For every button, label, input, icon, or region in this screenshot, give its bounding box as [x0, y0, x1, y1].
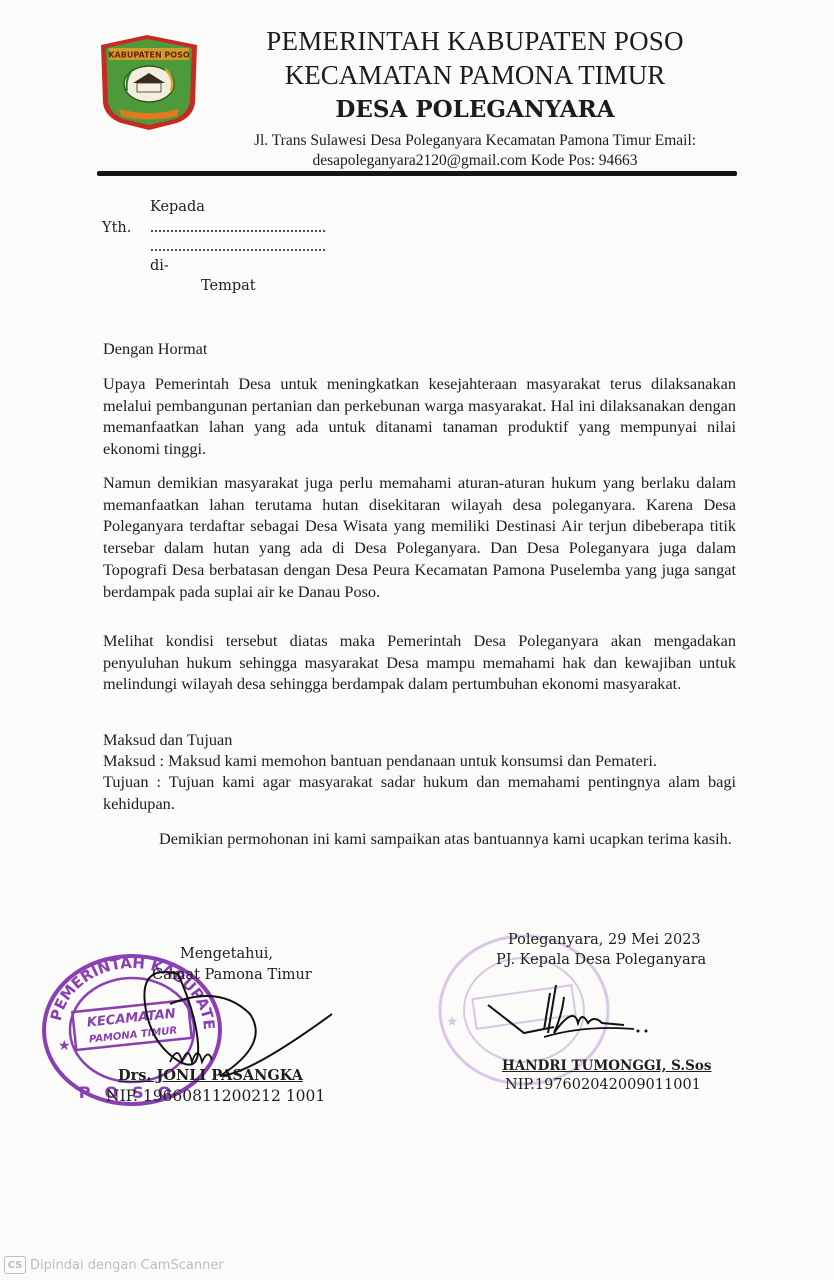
purpose-tujuan: Tujuan : Tujuan kami agar masyarakat sad… — [103, 771, 736, 814]
kabupaten-poso-emblem-icon: KABUPATEN POSO — [97, 33, 201, 131]
letterhead-divider — [97, 171, 737, 176]
letterhead-address-line2: desapoleganyara2120@gmail.com Kode Pos: … — [220, 151, 730, 171]
letterhead-address-line1: Jl. Trans Sulawesi Desa Poleganyara Keca… — [220, 131, 730, 151]
camscanner-text: Dipindai dengan CamScanner — [30, 1258, 224, 1273]
salutation: Dengan Hormat — [103, 338, 207, 360]
closing-paragraph: Demikian permohonan ini kami sampaikan a… — [103, 828, 736, 850]
addressee-blank-line-2 — [150, 249, 325, 251]
place-date: Poleganyara, 29 Mei 2023 — [508, 932, 701, 948]
right-signature-title: PJ. Kepala Desa Poleganyara — [496, 952, 706, 968]
addressee-kepada: Kepada — [150, 199, 205, 215]
addressee-di: di- — [150, 258, 169, 274]
camscanner-watermark: CS Dipindai dengan CamScanner — [4, 1256, 224, 1274]
paragraph-1: Upaya Pemerintah Desa untuk meningkatkan… — [103, 373, 736, 460]
left-signatory-nip: NIP. 19660811200212 1001 — [106, 1087, 325, 1105]
letterhead-village: DESA POLEGANYARA — [220, 93, 730, 127]
letterhead-government: PEMERINTAH KABUPATEN POSO — [220, 24, 730, 58]
svg-text:★: ★ — [446, 1014, 459, 1030]
purpose-maksud: Maksud : Maksud kami memohon bantuan pen… — [103, 750, 736, 772]
addressee-blank-line-1 — [150, 230, 325, 232]
paragraph-3: Melihat kondisi tersebut diatas maka Pem… — [103, 630, 736, 695]
right-signatory-name: HANDRI TUMONGGI, S.Sos — [502, 1058, 711, 1074]
svg-text:KABUPATEN POSO: KABUPATEN POSO — [108, 51, 190, 60]
letterhead-district: KECAMATAN PAMONA TIMUR — [220, 58, 730, 92]
letterhead: PEMERINTAH KABUPATEN POSO KECAMATAN PAMO… — [220, 24, 730, 171]
purpose-heading: Maksud dan Tujuan — [103, 729, 232, 751]
svg-text:★: ★ — [58, 1038, 71, 1054]
camscanner-logo-icon: CS — [4, 1256, 26, 1274]
left-signature-title: Camat Pamona Timur — [152, 967, 312, 983]
right-signatory-nip: NIP.197602042009011001 — [505, 1077, 701, 1093]
paragraph-2: Namun demikian masyarakat juga perlu mem… — [103, 472, 736, 602]
left-signature-label: Mengetahui, — [180, 946, 273, 962]
addressee-tempat: Tempat — [201, 278, 256, 294]
letter-page: KABUPATEN POSO PEMERINTAH KABUPATEN POSO… — [0, 0, 834, 1280]
left-signatory-name: Drs. JONLI PASANGKA — [118, 1067, 303, 1084]
addressee-yth: Yth. — [102, 220, 131, 236]
